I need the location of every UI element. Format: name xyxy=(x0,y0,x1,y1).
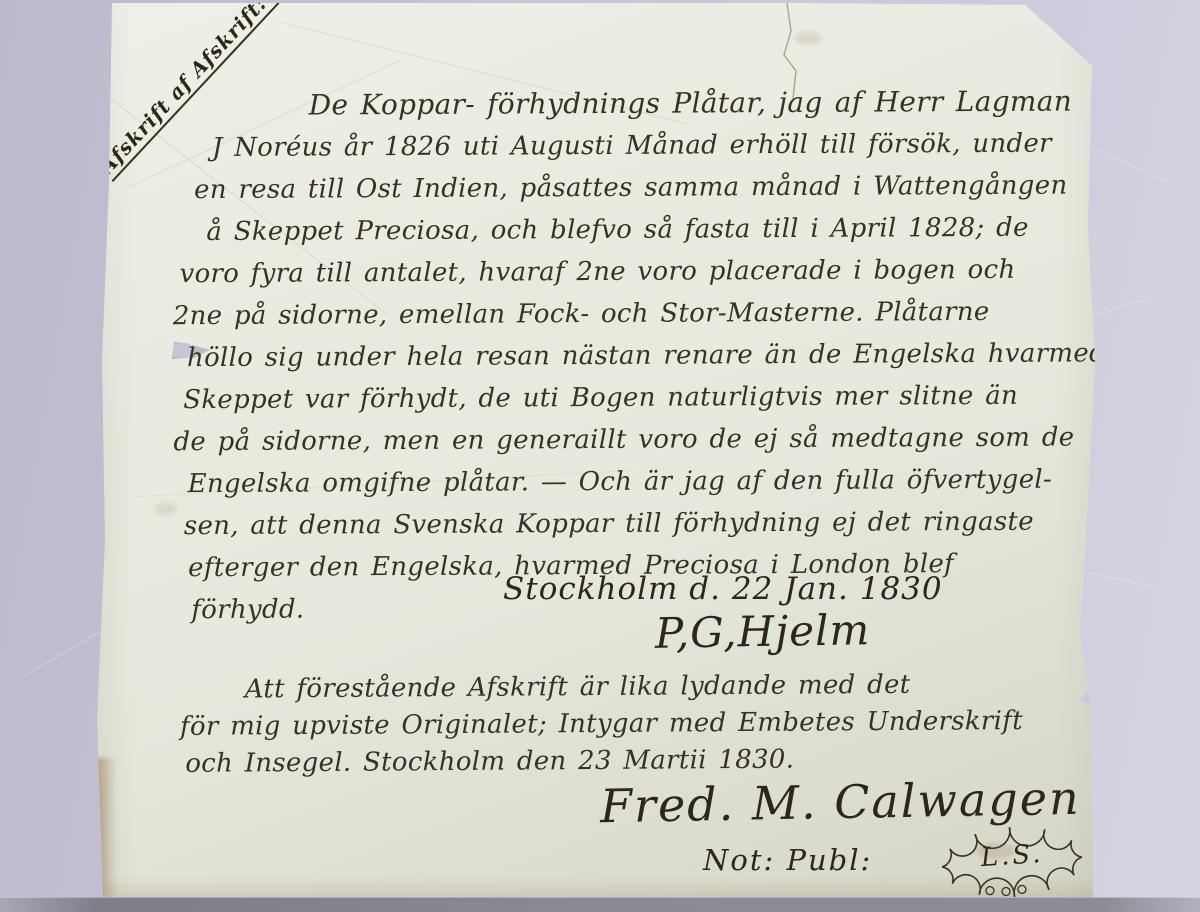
letter-line: sen, att denna Svenska Koppar till förhy… xyxy=(184,500,1098,547)
letter-line: voro fyra till antalet, hvaraf 2ne voro … xyxy=(179,248,1096,295)
table-edge-strip xyxy=(0,897,1200,912)
letter-line: Skeppet var förhydt, de uti Bogen naturl… xyxy=(183,374,1097,421)
attestation-line: Att förestående Afskrift är lika lydande… xyxy=(245,666,1097,709)
letter-body: De Koppar- förhydnings Plåtar, jag af He… xyxy=(94,80,1099,631)
manuscript-page: Afskrift af Afskrift: De Koppar- förhydn… xyxy=(95,3,1097,898)
letter-line: å Skeppet Preciosa, och blefvo så fasta … xyxy=(206,206,1096,253)
letter-line: höllo sig under hela resan nästan renare… xyxy=(187,332,1097,379)
letter-line: J Noréus år 1826 uti Augusti Månad erhöl… xyxy=(212,122,1096,169)
signature-hjelm: P,G,Hjelm xyxy=(655,605,871,658)
letter-line: Engelska omgifne plåtar. — Och är jag af… xyxy=(188,458,1098,505)
attestation-block: Att förestående Afskrift är lika lydande… xyxy=(95,666,1098,784)
letter-line: en resa till Ost Indien, påsattes samma … xyxy=(194,164,1096,211)
letter-line: De Koppar- förhydnings Plåtar, jag af He… xyxy=(309,80,1096,126)
letter-line: 2ne på sidorne, emellan Fock- och Stor-M… xyxy=(173,290,1097,337)
letter-line: de på sidorne, men en generaillt voro de… xyxy=(173,416,1097,463)
notary-title: Not: Publ: xyxy=(703,843,872,877)
dateline: Stockholm d. 22 Jan. 1830 xyxy=(503,571,943,607)
attestation-line: för mig upviste Originalet; Intygar med … xyxy=(180,703,1097,746)
